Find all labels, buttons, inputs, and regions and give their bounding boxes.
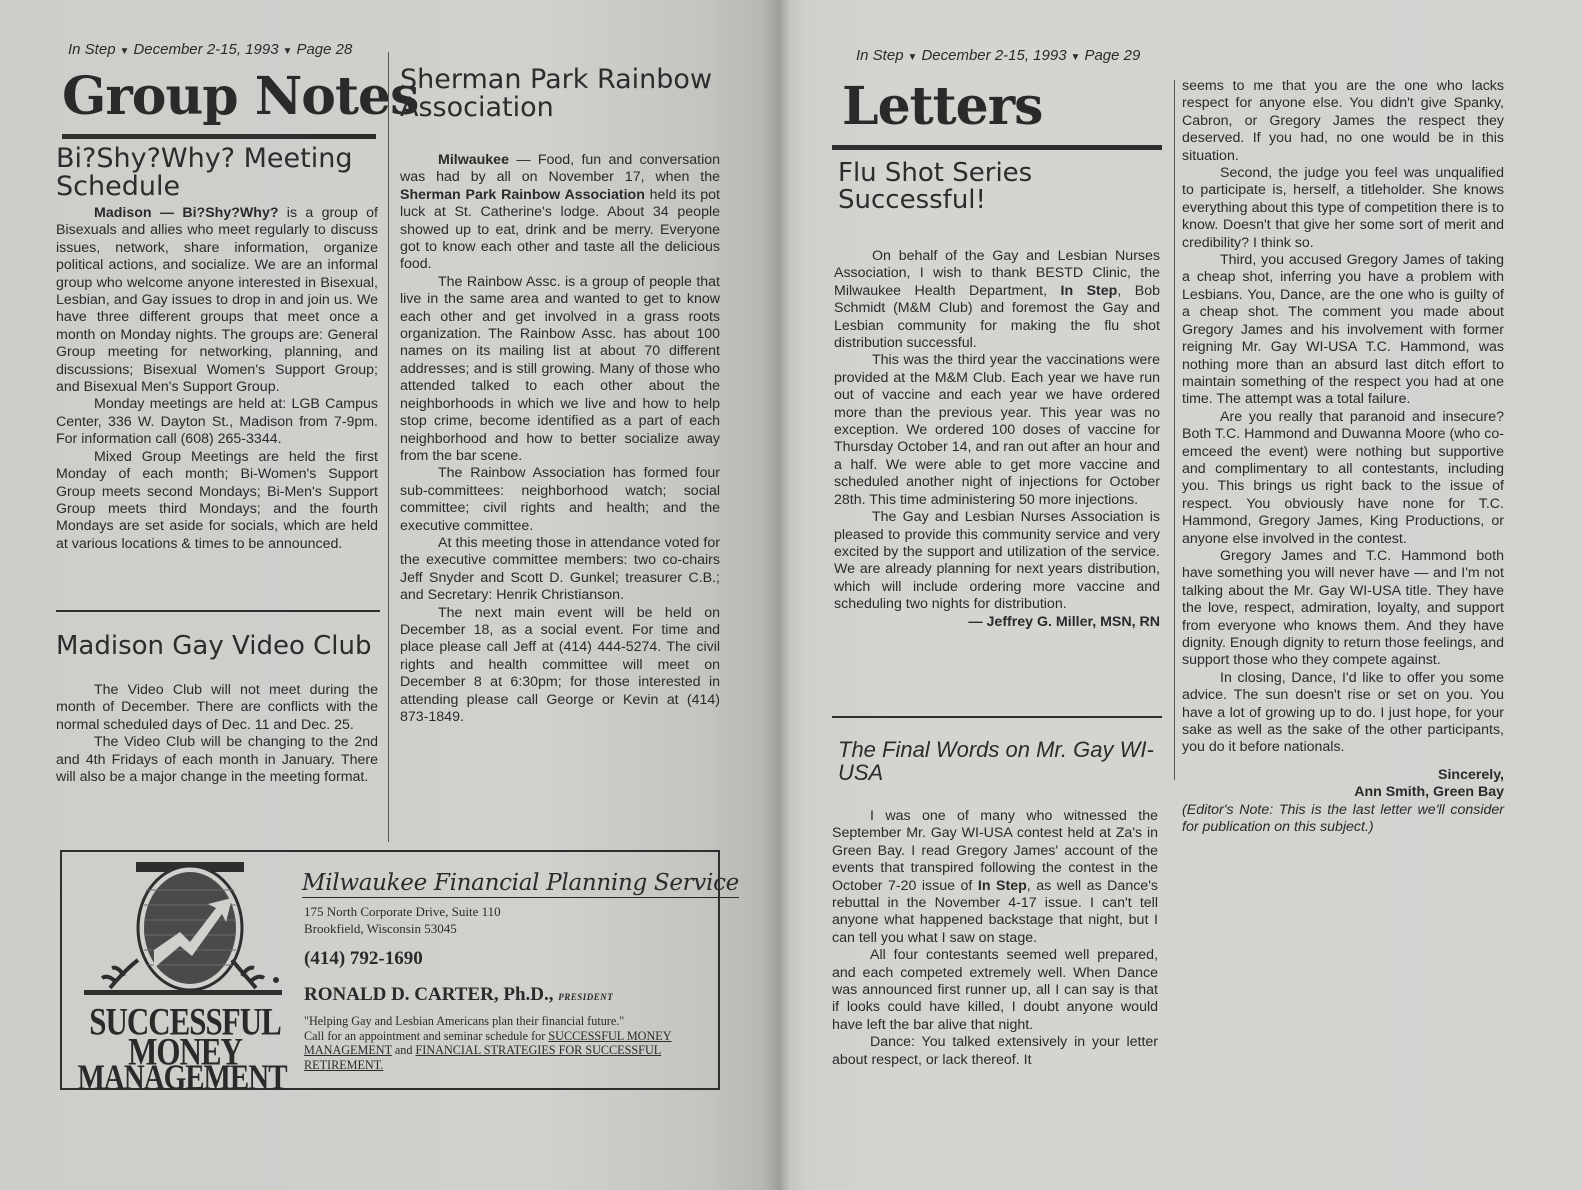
dateline: Milwaukee	[438, 152, 509, 168]
ad-address-line: 175 North Corporate Drive, Suite 110	[304, 904, 501, 920]
triangle-bullet-icon: ▼	[1071, 52, 1081, 63]
triangle-bullet-icon: ▼	[283, 46, 293, 57]
logo-word: MANAGEMENT	[74, 1060, 290, 1096]
folio-page-number: Page 28	[296, 41, 352, 58]
letter-body: On behalf of the Gay and Lesbian Nurses …	[834, 248, 1160, 631]
article-body: The Video Club will not meet during the …	[56, 682, 378, 786]
ad-address-line: Brookfield, Wisconsin 53045	[304, 921, 457, 937]
page-28: In Step▼December 2-15, 1993▼Page 28 Grou…	[0, 0, 780, 1190]
letter-signature: — Jeffrey G. Miller, MSN, RN	[834, 614, 1160, 631]
letter-body: I was one of many who witnessed the Sept…	[832, 808, 1158, 1069]
masthead-rule	[832, 145, 1162, 150]
successful-money-management-logo: SUCCESSFUL MONEY MANAGEMENT	[80, 860, 286, 1086]
letter-signature: Ann Smith, Green Bay	[1182, 784, 1504, 801]
article-headline: Sherman Park Rainbow Association	[400, 66, 720, 123]
column-divider	[388, 52, 389, 842]
ad-company-name: Milwaukee Financial Planning Service	[302, 870, 739, 898]
page-29: In Step▼December 2-15, 1993▼Page 29 Lett…	[780, 0, 1582, 1190]
article-body: Milwaukee — Food, fun and conversation w…	[400, 152, 720, 726]
letter-headline: Flu Shot Series Successful!	[838, 160, 1158, 215]
folio-date: December 2-15, 1993	[133, 41, 278, 58]
dateline: Madison — Bi?Shy?Why?	[94, 205, 279, 221]
page-folio: In Step▼December 2-15, 1993▼Page 29	[856, 47, 1140, 64]
article-divider	[56, 610, 380, 612]
masthead-rule	[62, 134, 376, 139]
letter-body-continued: seems to me that you are the one who lac…	[1182, 78, 1504, 836]
triangle-bullet-icon: ▼	[908, 52, 918, 63]
ad-contact-name: RONALD D. CARTER, Ph.D., PRESIDENT	[304, 984, 613, 1006]
triangle-bullet-icon: ▼	[120, 46, 130, 57]
folio-publication: In Step	[68, 41, 116, 58]
letter-closing: Sincerely,	[1182, 767, 1504, 784]
section-masthead: Letters	[842, 76, 1042, 137]
book-spine-shadow	[762, 0, 792, 1190]
column-divider	[1174, 80, 1175, 780]
page-folio: In Step▼December 2-15, 1993▼Page 28	[68, 41, 352, 58]
letter-divider	[832, 716, 1162, 718]
ad-phone-number: (414) 792-1690	[304, 948, 423, 970]
financial-planning-advertisement: SUCCESSFUL MONEY MANAGEMENT Milwaukee Fi…	[60, 850, 720, 1090]
letter-headline: The Final Words on Mr. Gay WI-USA	[838, 738, 1158, 784]
section-masthead: Group Notes	[62, 66, 418, 127]
article-body: Madison — Bi?Shy?Why? is a group of Bise…	[56, 205, 378, 553]
editors-note: (Editor's Note: This is the last letter …	[1182, 802, 1504, 837]
rising-arrow-emblem-icon	[80, 860, 286, 1000]
ad-copy: "Helping Gay and Lesbian Americans plan …	[304, 1014, 704, 1072]
article-headline: Madison Gay Video Club	[56, 633, 386, 660]
magazine-spread: In Step▼December 2-15, 1993▼Page 28 Grou…	[0, 0, 1582, 1190]
article-headline: Bi?Shy?Why? Meeting Schedule	[56, 145, 376, 202]
